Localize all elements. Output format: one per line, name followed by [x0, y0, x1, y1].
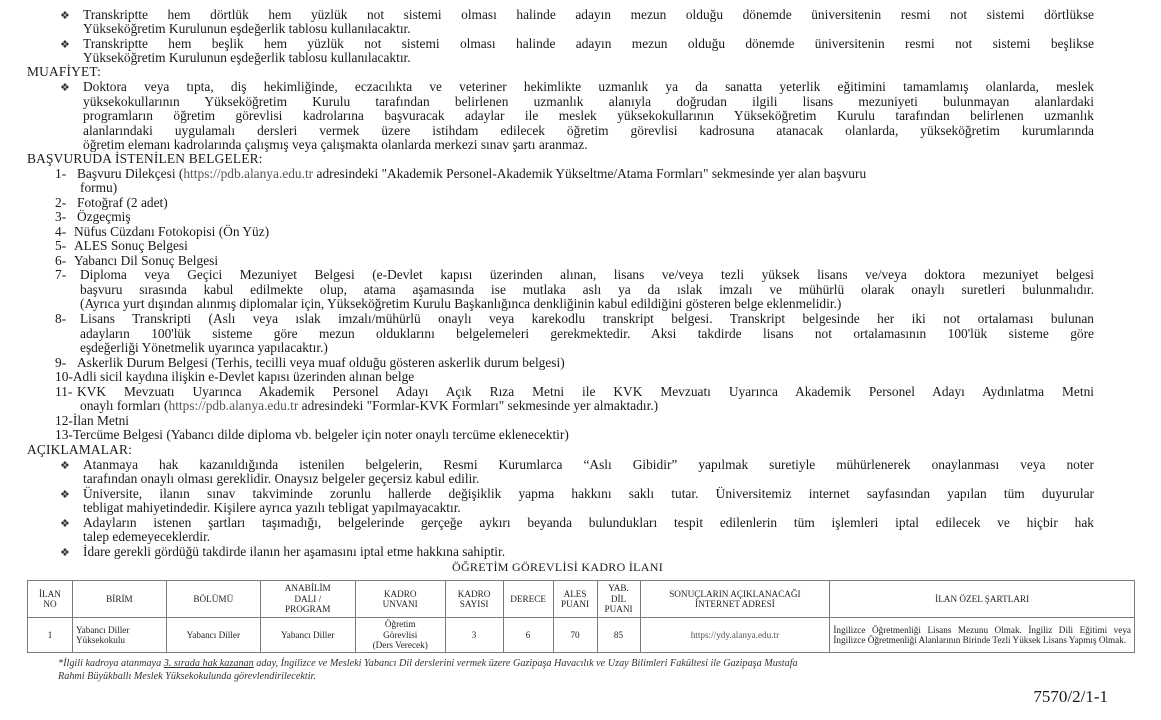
table-header-cell: BİRİM — [72, 581, 166, 618]
kadro-table: İLANNOBİRİMBÖLÜMÜANABİLİMDALI /PROGRAMKA… — [27, 580, 1135, 653]
cell-results-url: https://ydy.alanya.edu.tr — [640, 618, 830, 653]
table-header-row: İLANNOBİRİMBÖLÜMÜANABİLİMDALI /PROGRAMKA… — [28, 581, 1135, 618]
document-item-8-line: eşdeğerliği Yönetmelik uyarınca yapılaca… — [80, 341, 328, 356]
muafiyet-line: programların öğretim görevlisi kadroları… — [83, 109, 1094, 124]
announcement-page: ❖ Transkriptte hem dörtlük hem yüzlük no… — [0, 0, 1161, 720]
section-heading-belgeler: BAŞVURUDA İSTENİLEN BELGELER: — [27, 152, 263, 167]
document-item-7-line: (Ayrıca yurt dışından alınmış diplomalar… — [80, 297, 841, 312]
document-number: 7570/2/1-1 — [1033, 690, 1108, 705]
cell-ilan-no: 1 — [28, 618, 73, 653]
diamond-bullet-icon: ❖ — [60, 38, 70, 53]
section-heading-aciklamalar: AÇIKLAMALAR: — [27, 443, 132, 458]
table-header-cell: YAB.DİLPUANI — [597, 581, 640, 618]
document-item-8-line: Lisans Transkripti (Aslı veya ıslak imza… — [80, 312, 1094, 327]
document-item-10: 10-Adli sicil kaydına ilişkin e-Devlet k… — [55, 370, 414, 385]
diamond-bullet-icon: ❖ — [60, 488, 70, 503]
document-item-8-num: 8- — [55, 312, 66, 327]
cell-yabdil: 85 — [597, 618, 640, 653]
document-item-3: 3-Özgeçmiş — [55, 210, 131, 225]
cell-unvan: ÖğretimGörevlisi(Ders Verecek) — [355, 618, 445, 653]
table-header-cell: KADROSAYISI — [445, 581, 503, 618]
muafiyet-line: Doktora veya tıpta, diş hekimliğinde, ec… — [83, 80, 1094, 95]
diamond-bullet-icon: ❖ — [60, 546, 70, 561]
table-header-cell: DERECE — [503, 581, 553, 618]
document-item-11-line: onaylı formları (https://pdb.alanya.edu.… — [80, 399, 658, 414]
pdb-link[interactable]: https://pdb.alanya.edu.tr — [183, 166, 313, 181]
table-row: 1 Yabancı DillerYüksekokulu Yabancı Dill… — [28, 618, 1135, 653]
document-item-13: 13-Tercüme Belgesi (Yabancı dilde diplom… — [55, 428, 569, 443]
footnote-line: *İlgili kadroya atanmaya 3. sırada hak k… — [58, 657, 798, 670]
document-item-5: 5-ALES Sonuç Belgesi — [55, 239, 188, 254]
document-item-7-line: Diploma veya Geçici Mezuniyet Belgesi (e… — [80, 268, 1094, 283]
footnote-line: Rahmi Büyükballı Meslek Yüksekokulunda g… — [58, 670, 316, 683]
note-line: İdare gerekli gördüğü takdirde ilanın he… — [83, 545, 505, 560]
pdb-link[interactable]: https://pdb.alanya.edu.tr — [169, 398, 299, 413]
diamond-bullet-icon: ❖ — [60, 81, 70, 96]
diamond-bullet-icon: ❖ — [60, 517, 70, 532]
table-header-cell: İLAN ÖZEL ŞARTLARI — [830, 581, 1135, 618]
ydy-link[interactable]: https://ydy.alanya.edu.tr — [691, 630, 779, 640]
transcript-rule-line: Yükseköğretim Kurulunun eşdeğerlik tablo… — [83, 22, 411, 37]
cell-ales: 70 — [553, 618, 597, 653]
table-header-cell: İLANNO — [28, 581, 73, 618]
cell-ozel-sartlar: İngilizce Öğretmenliği Lisans Mezunu Olm… — [830, 618, 1135, 653]
cell-bolumu: Yabancı Diller — [166, 618, 260, 653]
note-line: Adayların istenen şartları taşımadığı, b… — [83, 516, 1094, 531]
table-header-cell: ANABİLİMDALI /PROGRAM — [260, 581, 355, 618]
section-heading-muafiyet: MUAFİYET: — [27, 65, 101, 80]
document-item-11-num: 11- — [55, 385, 72, 400]
cell-derece: 6 — [503, 618, 553, 653]
table-header-cell: ALESPUANI — [553, 581, 597, 618]
table-header-cell: BÖLÜMÜ — [166, 581, 260, 618]
cell-kadro-sayisi: 3 — [445, 618, 503, 653]
diamond-bullet-icon: ❖ — [60, 459, 70, 474]
table-header-cell: KADROUNVANI — [355, 581, 445, 618]
note-line: tebligat mahiyetindedir. Kişilere ayrıca… — [83, 501, 461, 516]
cell-birim: Yabancı DillerYüksekokulu — [72, 618, 166, 653]
table-header-cell: SONUÇLARIN AÇIKLANACAĞIİNTERNET ADRESİ — [640, 581, 830, 618]
document-item-7-num: 7- — [55, 268, 66, 283]
document-item-1: 1-Başvuru Dilekçesi (https://pdb.alanya.… — [55, 167, 866, 182]
table-title: ÖĞRETİM GÖREVLİSİ KADRO İLANI — [452, 560, 663, 575]
diamond-bullet-icon: ❖ — [60, 9, 70, 24]
note-line: tarafından onaylı olması gereklidir. Ona… — [83, 472, 479, 487]
cell-anabilim: Yabancı Diller — [260, 618, 355, 653]
document-item-1-cont: formu) — [80, 181, 117, 196]
note-line: talep edemeyeceklerdir. — [83, 530, 210, 545]
transcript-rule-line: Yükseköğretim Kurulunun eşdeğerlik tablo… — [83, 51, 411, 66]
